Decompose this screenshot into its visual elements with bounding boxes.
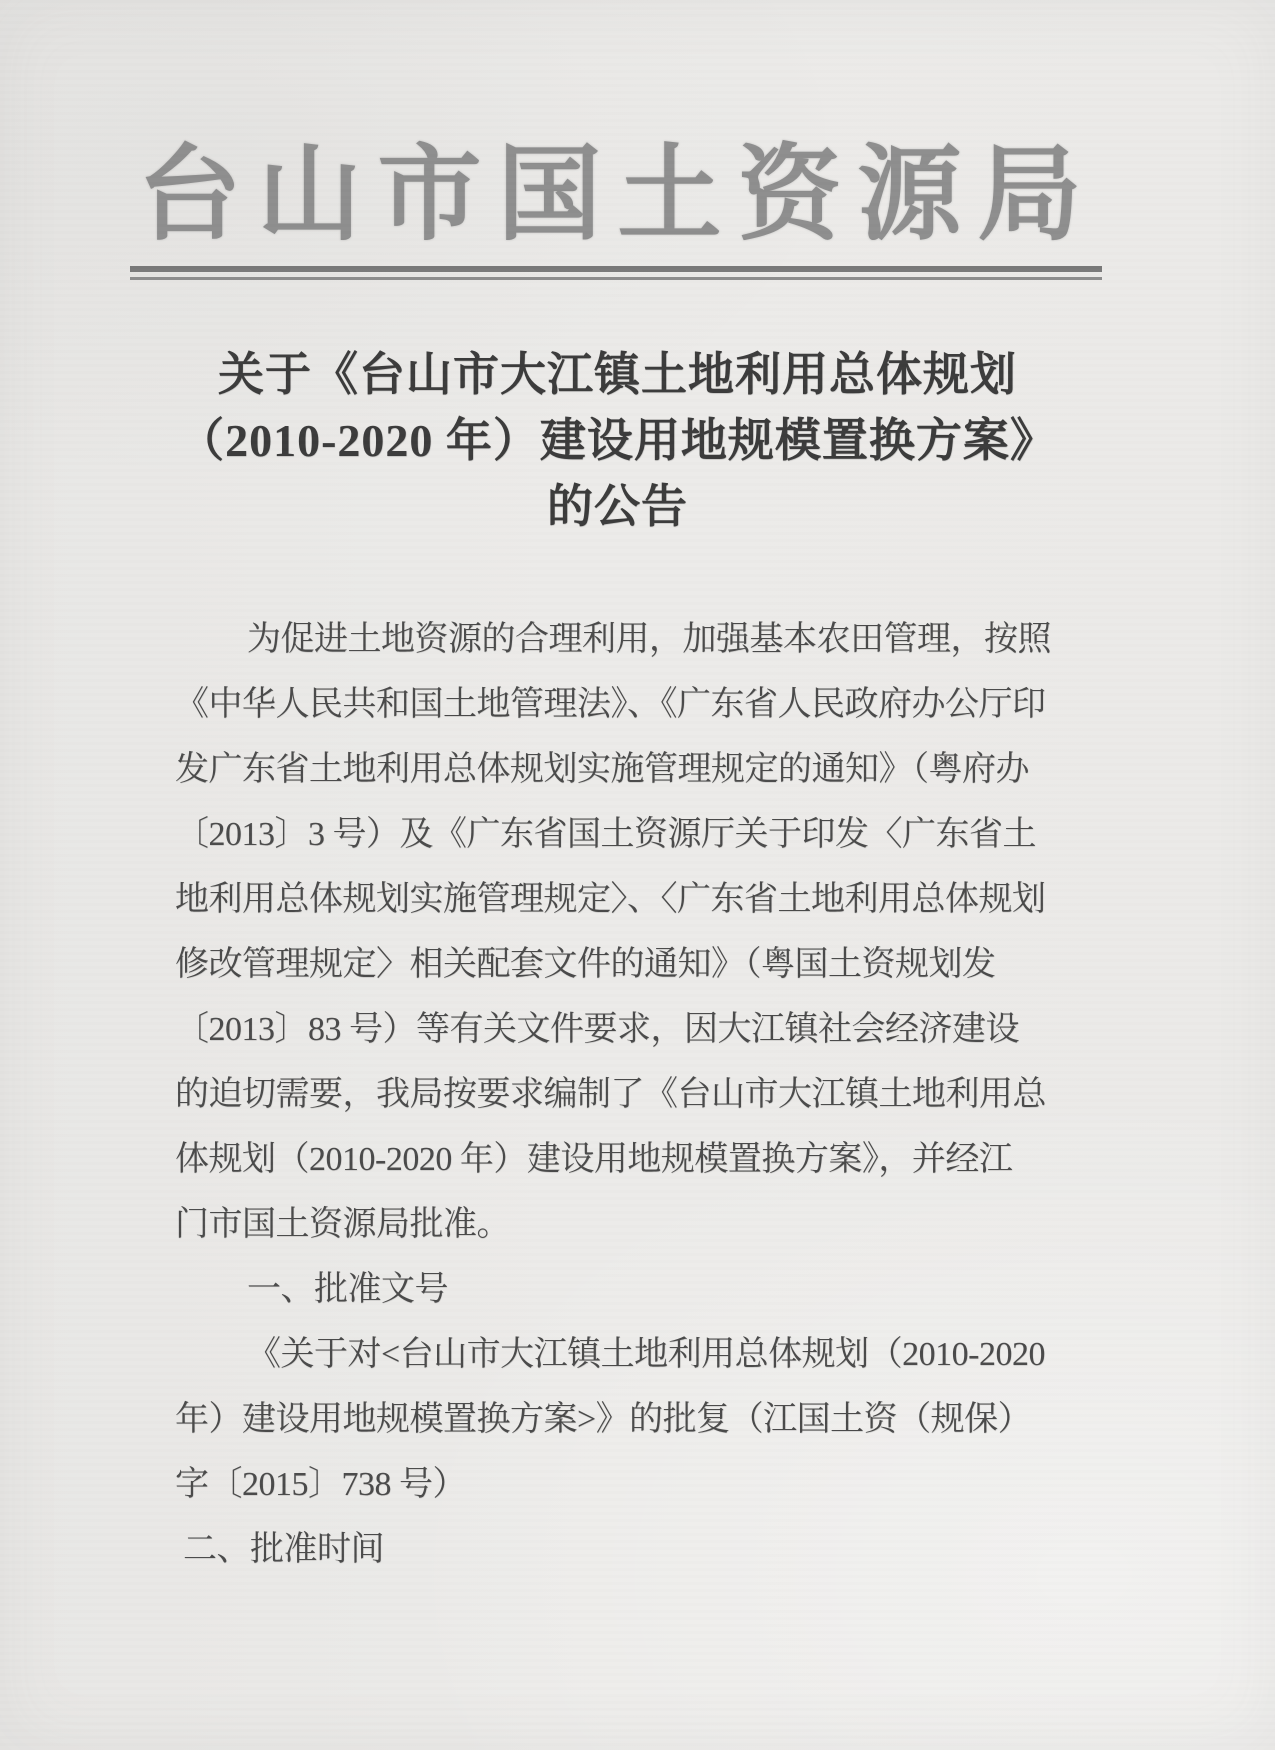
body-paragraph-line: 修改管理规定〉相关配套文件的通知》（粤国土资规划发 (175, 932, 1080, 997)
letterhead-agency-name: 台山市国土资源局 (130, 126, 1105, 266)
section-heading-approval-number: 一、批准文号 (175, 1257, 1080, 1322)
letterhead-rule-thick (130, 266, 1102, 272)
body-paragraph-line: 地利用总体规划实施管理规定〉、〈广东省土地利用总体规划 (175, 867, 1080, 932)
document-title: 关于《台山市大江镇土地利用总体规划 （2010-2020 年）建设用地规模置换方… (130, 342, 1105, 540)
document-body: 为促进土地资源的合理利用，加强基本农田管理，按照 《中华人民共和国土地管理法》、… (175, 607, 1080, 1582)
body-paragraph-line: 〔2013〕3 号）及《广东省国土资源厅关于印发〈广东省土 (175, 802, 1080, 867)
document-title-line: 关于《台山市大江镇土地利用总体规划 (130, 342, 1105, 408)
body-paragraph-line: 的迫切需要，我局按要求编制了《台山市大江镇土地利用总 (175, 1062, 1080, 1127)
body-paragraph-line: 门市国土资源局批准。 (175, 1192, 1080, 1257)
section-body-line: 字〔2015〕738 号） (175, 1452, 1080, 1517)
body-paragraph-line: 〔2013〕83 号）等有关文件要求，因大江镇社会经济建设 (175, 997, 1080, 1062)
section-body-line: 年）建设用地规模置换方案>》的批复（江国土资（规保） (175, 1387, 1080, 1452)
section-body-line: 《关于对<台山市大江镇土地利用总体规划（2010-2020 (175, 1322, 1080, 1387)
document-title-line: （2010-2020 年）建设用地规模置换方案》 (130, 408, 1105, 474)
body-paragraph-line: 《中华人民共和国土地管理法》、《广东省人民政府办公厅印 (175, 672, 1080, 737)
document-title-line: 的公告 (130, 474, 1105, 540)
section-heading-approval-date: 二、批准时间 (175, 1517, 1080, 1582)
body-paragraph-line: 发广东省土地利用总体规划实施管理规定的通知》（粤府办 (175, 737, 1080, 802)
body-paragraph-line: 体规划（2010-2020 年）建设用地规模置换方案》，并经江 (175, 1127, 1080, 1192)
scanned-announcement-page: 台山市国土资源局 关于《台山市大江镇土地利用总体规划 （2010-2020 年）… (0, 0, 1275, 1750)
letterhead-rule-thin (130, 277, 1102, 280)
body-paragraph-line: 为促进土地资源的合理利用，加强基本农田管理，按照 (175, 607, 1080, 672)
